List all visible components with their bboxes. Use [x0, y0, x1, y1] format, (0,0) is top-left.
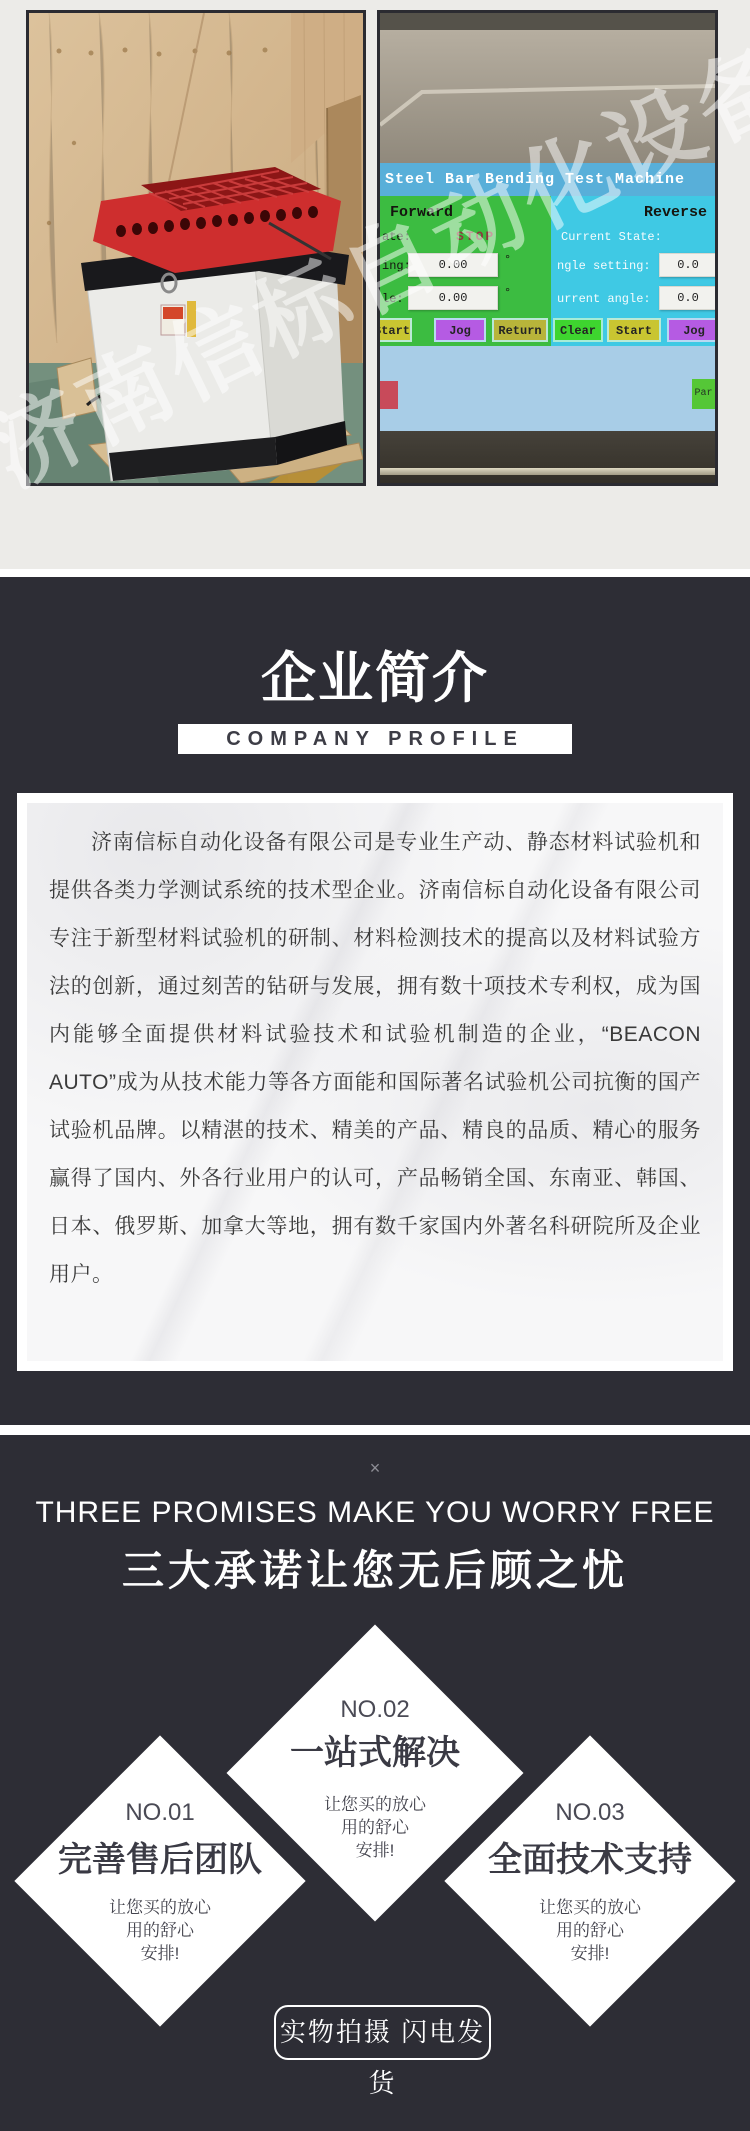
current-state-label: Current State:: [561, 230, 662, 244]
promise-line: 让您买的放心: [245, 1793, 505, 1816]
promise-item-3: NO.03 全面技术支持 让您买的放心 用的舒心 安排!: [470, 1798, 710, 1965]
promise-item-2: NO.02 一站式解决 让您买的放心 用的舒心 安排!: [245, 1695, 505, 1862]
hmi-footer-area: Par: [380, 346, 715, 431]
section-divider: [0, 569, 750, 577]
degree-sign: °: [504, 253, 511, 267]
profile-body-text: 济南信标自动化设备有限公司是专业生产动、静态材料试验机和提供各类力学测试系统的技…: [49, 819, 701, 1299]
current-angle-value: 0.00: [408, 286, 498, 310]
profile-title-bar: COMPANY PROFILE: [178, 724, 572, 754]
angle-setting-label: ing:: [382, 259, 411, 273]
machine-crate-illustration: [29, 13, 363, 483]
reverse-label: Reverse: [644, 204, 707, 221]
bezel-trim: [380, 468, 715, 475]
promises-title-en: THREE PROMISES MAKE YOU WORRY FREE: [0, 1495, 750, 1531]
forward-return-button: Return: [492, 318, 548, 342]
real-shot-badge: 实物拍摄 闪电发货: [274, 2005, 491, 2060]
promises-title-cn: 三大承诺让您无后顾之忧: [0, 1545, 750, 1597]
red-indicator: [380, 381, 398, 409]
promise-line: 让您买的放心: [40, 1896, 280, 1919]
promise-line: 用的舒心: [470, 1919, 710, 1942]
reverse-angle-setting-value: 0.0: [659, 253, 717, 277]
hmi-forward-panel: Forward ate: STOP ing: 0.00 ° le: 0.00 °…: [380, 196, 551, 346]
hmi-screen: Steel Bar Bending Test Machine Forward a…: [380, 163, 715, 431]
hmi-cabinet-top: [380, 13, 715, 30]
promise-line: 让您买的放心: [470, 1896, 710, 1919]
forward-start-button: Start: [377, 318, 412, 342]
profile-title-cn: 企业简介: [0, 577, 750, 709]
warning-sticker: [161, 301, 196, 337]
promise-line: 用的舒心: [245, 1816, 505, 1839]
x-divider: ×: [0, 1457, 750, 1479]
product-photos: Steel Bar Bending Test Machine Forward a…: [0, 0, 750, 569]
reverse-start-button: Start: [607, 318, 661, 342]
promise-line: 安排!: [245, 1839, 505, 1862]
state-label: ate:: [382, 230, 411, 244]
angle-setting-value: 0.00: [408, 253, 498, 277]
profile-box-inner: 济南信标自动化设备有限公司是专业生产动、静态材料试验机和提供各类力学测试系统的技…: [27, 803, 723, 1361]
reverse-current-angle-value: 0.0: [659, 286, 717, 310]
profile-box: 济南信标自动化设备有限公司是专业生产动、静态材料试验机和提供各类力学测试系统的技…: [17, 793, 733, 1371]
degree-sign: °: [504, 286, 511, 300]
promise-title: 完善售后团队: [40, 1840, 280, 1880]
promise-title: 一站式解决: [245, 1733, 505, 1773]
promise-item-1: NO.01 完善售后团队 让您买的放心 用的舒心 安排!: [40, 1798, 280, 1965]
hmi-photo[interactable]: Steel Bar Bending Test Machine Forward a…: [377, 10, 718, 486]
reverse-jog-button: Jog: [667, 318, 718, 342]
promises-section: × THREE PROMISES MAKE YOU WORRY FREE 三大承…: [0, 1435, 750, 2131]
hmi-bezel: [380, 431, 715, 483]
forward-label: Forward: [390, 204, 453, 221]
promise-no: NO.03: [470, 1798, 710, 1828]
machine-photo[interactable]: [26, 10, 366, 486]
hmi-cabinet-panel: [380, 30, 715, 163]
company-profile-section: 企业简介 COMPANY PROFILE 济南信标自动化设备有限公司是专业生产动…: [0, 577, 750, 1425]
promise-line: 用的舒心: [40, 1919, 280, 1942]
forward-jog-button: Jog: [434, 318, 486, 342]
section-divider: [0, 1425, 750, 1435]
reverse-angle-setting-label: ngle setting:: [557, 259, 651, 273]
promise-no: NO.02: [245, 1695, 505, 1725]
current-angle-label: le:: [382, 292, 404, 306]
reverse-clear-button: Clear: [553, 318, 603, 342]
promise-line: 安排!: [470, 1942, 710, 1965]
hmi-title-bar: Steel Bar Bending Test Machine: [380, 163, 715, 196]
panel-seam-line: [380, 30, 715, 163]
promise-no: NO.01: [40, 1798, 280, 1828]
profile-title-en: COMPANY PROFILE: [226, 728, 524, 750]
state-value: STOP: [456, 229, 495, 244]
promise-line: 安排!: [40, 1942, 280, 1965]
hmi-reverse-panel: Reverse Current State: ngle setting: 0.0…: [551, 196, 715, 346]
promise-title: 全面技术支持: [470, 1840, 710, 1880]
reverse-current-angle-label: urrent angle:: [557, 292, 651, 306]
promo-page: Steel Bar Bending Test Machine Forward a…: [0, 0, 750, 2131]
param-button: Par: [692, 379, 715, 409]
